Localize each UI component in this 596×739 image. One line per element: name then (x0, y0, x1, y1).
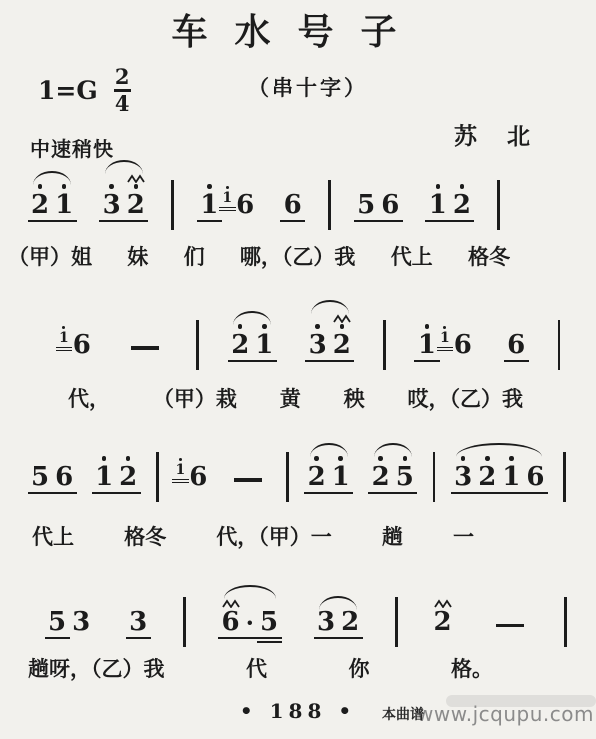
note: 2 (31, 184, 49, 230)
key-signature: 1=G (38, 76, 98, 105)
note: 6 (55, 464, 73, 502)
note-number: 1 (502, 464, 520, 490)
note: 6 (507, 332, 525, 370)
note: 1 (418, 324, 436, 370)
note-number: 2 (119, 464, 137, 490)
lyrics-line: 代上格冬代，（甲）一趟一 (32, 521, 474, 551)
underline (368, 492, 393, 494)
barline (196, 320, 199, 370)
note: 1 (255, 324, 273, 370)
augmentation-dot: · (246, 611, 254, 647)
underline-zone (308, 492, 326, 502)
underline-zone (31, 492, 49, 502)
underline (172, 479, 189, 481)
lyric-syllable: 们 (184, 241, 205, 271)
barline (171, 180, 174, 230)
note-number: 3 (103, 192, 121, 218)
grace-note: 1 (440, 326, 450, 354)
half-note-dash (496, 624, 524, 628)
underline (28, 220, 53, 222)
underline (56, 350, 73, 352)
underline-zone (317, 637, 335, 647)
underline-zone (189, 492, 207, 502)
underline-zone (222, 637, 240, 647)
barline (497, 180, 500, 230)
octave-dot (425, 324, 430, 329)
note: 5 (31, 464, 49, 502)
note-group: 12 (92, 441, 140, 502)
note-number: 1 (332, 464, 350, 490)
grace-note: 1 (176, 458, 186, 486)
underline-zone (31, 220, 49, 230)
underline (219, 207, 236, 209)
slur (224, 585, 277, 599)
lyric-syllable: 秧 (344, 383, 365, 413)
note-group: 16 (58, 311, 94, 370)
music-line: 1621321166 (58, 298, 560, 370)
underline-zone (478, 492, 496, 502)
underline (378, 220, 403, 222)
lyric-syllable: 代，（甲）一 (216, 521, 332, 551)
note: 6 (222, 598, 240, 647)
note: 3 (129, 609, 147, 647)
octave-dot (179, 458, 182, 461)
time-signature-numerator: 2 (115, 66, 130, 88)
underline (252, 360, 277, 362)
note-number: 2 (333, 332, 351, 358)
underline-zone (246, 637, 254, 647)
note: 2 (119, 456, 137, 502)
underline-zone (200, 220, 218, 230)
underline (52, 220, 77, 222)
underline-zone (434, 637, 452, 647)
note: 2 (333, 313, 351, 370)
underline-zone (236, 220, 254, 230)
barline (183, 597, 186, 647)
note: 1 (429, 184, 447, 230)
mordent-icon (333, 313, 351, 323)
lyric-syllable: 黄 (280, 383, 301, 413)
underline-zone (260, 637, 278, 647)
note-number: 5 (31, 464, 49, 490)
underline-zone (440, 347, 450, 354)
lyric-syllable: 代， (68, 383, 110, 413)
note-group: 32 (314, 594, 362, 647)
note-number: 1 (95, 464, 113, 490)
note-number: 2 (453, 192, 471, 218)
time-signature-denominator: 4 (115, 93, 130, 115)
octave-dot (436, 184, 441, 189)
lyric-syllable: 代上 (391, 241, 433, 271)
music-line: 5336·5322 (45, 583, 567, 647)
note-group: 56 (28, 449, 76, 502)
underline-zone (176, 479, 186, 486)
underline-zone (372, 492, 390, 502)
region-label: 苏北 (454, 118, 560, 151)
note: 2 (127, 173, 145, 230)
underline-zone (396, 492, 414, 502)
note-number: 2 (478, 464, 496, 490)
underline (523, 492, 548, 494)
watermark-url: www.jcqupu.com (417, 702, 594, 726)
underline (28, 492, 53, 494)
barline (383, 320, 386, 370)
note: 6 (284, 192, 302, 230)
note-number: 1 (255, 332, 273, 358)
barline (558, 320, 561, 370)
octave-dot (226, 186, 229, 189)
mordent-icon (127, 173, 145, 183)
note: 3 (454, 456, 472, 502)
note: 5 (260, 609, 278, 647)
underline (52, 492, 77, 494)
underline-zone (454, 360, 472, 370)
note: 1 (55, 184, 73, 230)
octave-dot (443, 326, 446, 329)
slur (33, 171, 71, 185)
octave-dot (340, 324, 345, 329)
underline-zone (129, 637, 147, 647)
underline (437, 347, 454, 349)
note: 3 (72, 609, 90, 647)
slur (310, 443, 348, 457)
underline (56, 347, 73, 349)
underline (172, 482, 189, 484)
note: 6 (189, 464, 207, 502)
underline-zone (381, 220, 399, 230)
note-number: 3 (72, 609, 90, 635)
underline-zone (48, 637, 66, 647)
note-number: 3 (454, 464, 472, 490)
key-time-signature: 1=G 2 4 (38, 66, 131, 115)
music-line: 213211665612 (28, 158, 500, 230)
slur (374, 443, 412, 457)
underline (257, 637, 282, 639)
underline-zone (95, 492, 113, 502)
note-number: 6 (55, 464, 73, 490)
note: 1 (502, 456, 520, 502)
note-group: 25 (369, 441, 417, 502)
lyrics-line: 代，（甲）栽黄秧哎，（乙）我 (68, 383, 523, 413)
note-group: 116 (197, 169, 257, 230)
note: 1 (200, 184, 218, 230)
grace-note: 1 (59, 326, 69, 354)
underline-zone (418, 360, 436, 370)
underline-zone (453, 220, 471, 230)
note-number: 1 (429, 192, 447, 218)
half-note-dash (234, 478, 262, 482)
note-number: 6 (526, 464, 544, 490)
lyric-syllable: 格。 (451, 653, 493, 683)
note-number: 6 (454, 332, 472, 358)
note-number: 1 (176, 463, 186, 477)
slur (456, 443, 542, 457)
note-number: 3 (317, 609, 335, 635)
note-group: 21 (28, 169, 76, 230)
note-number: 6 (381, 192, 399, 218)
underline (126, 637, 151, 639)
note: 3 (317, 609, 335, 647)
time-signature: 2 4 (114, 66, 131, 115)
note-number: 5 (260, 609, 278, 635)
lyrics-line: （甲）姐妹们哪，（乙）我代上格冬 (8, 241, 510, 271)
note-number: 6 (236, 192, 254, 218)
note-number: 6 (284, 192, 302, 218)
underline-zone (284, 220, 302, 230)
note: 3 (309, 324, 327, 370)
underline (123, 220, 148, 222)
lyric-syllable: 趟呀，（乙）我 (28, 653, 165, 683)
underline (499, 492, 524, 494)
octave-dot (109, 184, 114, 189)
underline-zone (357, 220, 375, 230)
underline (92, 492, 117, 494)
note-group: 3 (126, 594, 150, 647)
note-number: 2 (231, 332, 249, 358)
octave-dot (126, 456, 131, 461)
note-number: 2 (434, 609, 452, 635)
underline (451, 492, 476, 494)
note-number: 6 (507, 332, 525, 358)
note-number: 5 (357, 192, 375, 218)
underline-zone (55, 220, 73, 230)
lyric-syllable: （甲）栽 (153, 383, 237, 413)
lyric-syllable: 哪，（乙）我 (240, 241, 356, 271)
note: 6 (73, 332, 91, 370)
underline (99, 220, 124, 222)
lyric-syllable: 格冬 (124, 521, 166, 551)
note: 2 (478, 456, 496, 502)
half-note-dash (131, 346, 159, 350)
underline-zone (526, 492, 544, 502)
underline (449, 220, 474, 222)
note: 1 (95, 456, 113, 502)
underline (45, 637, 70, 639)
underline-zone (59, 347, 69, 354)
underline-zone (73, 360, 91, 370)
underline (197, 220, 222, 222)
barline (395, 597, 398, 647)
lyric-syllable: 哎，（乙）我 (408, 383, 524, 413)
underline-zone (72, 637, 90, 647)
underline (257, 641, 282, 643)
underline (219, 210, 236, 212)
underline (328, 492, 353, 494)
note-number: 3 (309, 332, 327, 358)
underline (218, 637, 243, 639)
note-number: 5 (48, 609, 66, 635)
note: 2 (341, 609, 359, 647)
underline (414, 360, 439, 362)
note: 6 (236, 192, 254, 230)
note-number: 6 (189, 464, 207, 490)
note: 6 (381, 192, 399, 230)
note-number: 2 (372, 464, 390, 490)
music-line: 56121621253216 (28, 441, 566, 502)
note: 1 (332, 456, 350, 502)
grace-note: 1 (222, 186, 232, 214)
note-group: 32 (100, 158, 148, 230)
underline-zone (119, 492, 137, 502)
note-group: 3216 (451, 441, 547, 502)
underline (354, 220, 379, 222)
note-number: 6 (73, 332, 91, 358)
barline (156, 452, 159, 502)
note-number: 1 (440, 331, 450, 345)
lyric-syllable: 代上 (32, 521, 74, 551)
note-number: 2 (31, 192, 49, 218)
note-group: 56 (354, 177, 402, 230)
lyric-syllable: 趟 (382, 521, 403, 551)
note: 2 (453, 184, 471, 230)
underline-zone (309, 360, 327, 370)
note-group: 116 (415, 309, 475, 370)
underline-zone (333, 360, 351, 370)
note: 2 (308, 456, 326, 502)
slur (319, 596, 357, 610)
slur (233, 311, 271, 325)
note-number: 1 (200, 192, 218, 218)
octave-dot (207, 184, 212, 189)
underline (425, 220, 450, 222)
underline (305, 360, 330, 362)
note-group: 32 (306, 298, 354, 370)
song-title: 车水号子 (0, 4, 582, 55)
note-number: 1 (222, 191, 232, 205)
note: 2 (231, 324, 249, 370)
underline-zone (332, 492, 350, 502)
note-number: 2 (127, 192, 145, 218)
lyric-syllable: 一 (453, 521, 474, 551)
note-number: 2 (341, 609, 359, 635)
note: 5 (48, 609, 66, 647)
note-group: 53 (45, 594, 93, 647)
underline-zone (127, 220, 145, 230)
lyric-syllable: 代 (246, 653, 267, 683)
octave-dot (134, 184, 139, 189)
underline-zone (222, 207, 232, 214)
note-group: 6·5 (219, 583, 282, 647)
underline (475, 492, 500, 494)
song-subtitle: （串十字） (248, 72, 368, 102)
underline (116, 492, 141, 494)
note: 6 (454, 332, 472, 370)
octave-dot (315, 324, 320, 329)
note-group: 6 (504, 317, 528, 370)
lyric-syllable: 格冬 (468, 241, 510, 271)
note: 2 (434, 598, 452, 647)
note-number: 1 (418, 332, 436, 358)
note-number: · (246, 611, 254, 635)
note-group: 16 (175, 443, 211, 502)
note: 2 (372, 456, 390, 502)
note-number: 1 (59, 331, 69, 345)
barline (564, 597, 567, 647)
underline (329, 360, 354, 362)
underline-zone (429, 220, 447, 230)
underline-zone (55, 492, 73, 502)
note-group: 21 (305, 441, 353, 502)
lyrics-line: 趟呀，（乙）我代你格。 (28, 653, 493, 683)
note-number: 5 (396, 464, 414, 490)
barline (433, 452, 436, 502)
barline (286, 452, 289, 502)
underline (280, 220, 305, 222)
slur (311, 300, 349, 314)
underline (228, 360, 253, 362)
note-number: 3 (129, 609, 147, 635)
octave-dot (102, 456, 107, 461)
underline (437, 350, 454, 352)
lyric-syllable: 你 (349, 653, 370, 683)
underline (338, 637, 363, 639)
watermark: 本曲谱 www.jcqupu.com (382, 702, 594, 726)
note-number: 6 (222, 609, 240, 635)
underline (392, 492, 417, 494)
note-group: 12 (426, 169, 474, 230)
underline-zone (103, 220, 121, 230)
note-number: 2 (308, 464, 326, 490)
note-group: 6 (281, 177, 305, 230)
underline-zone (502, 492, 520, 502)
underline (314, 637, 339, 639)
underline-zone (341, 637, 359, 647)
sheet-music-page: 车水号子 1=G 2 4 （串十字） 苏北 中速稍快 213211665612（… (0, 0, 596, 739)
underline (242, 637, 257, 639)
note-number: 1 (55, 192, 73, 218)
underline-zone (231, 360, 249, 370)
octave-dot (62, 326, 65, 329)
note: 6 (526, 464, 544, 502)
note: 5 (396, 456, 414, 502)
underline-zone (255, 360, 273, 370)
watermark-text: 本曲谱 (382, 704, 424, 724)
note: 5 (357, 192, 375, 230)
note-group: 2 (431, 583, 455, 647)
lyric-syllable: 妹 (127, 241, 148, 271)
underline (504, 360, 529, 362)
lyric-syllable: （甲）姐 (8, 241, 92, 271)
barline (563, 452, 566, 502)
octave-dot (460, 184, 465, 189)
note: 3 (103, 184, 121, 230)
slur (105, 160, 143, 174)
underline-zone (454, 492, 472, 502)
underline (304, 492, 329, 494)
barline (328, 180, 331, 230)
note-group: 21 (228, 309, 276, 370)
underline-zone (507, 360, 525, 370)
